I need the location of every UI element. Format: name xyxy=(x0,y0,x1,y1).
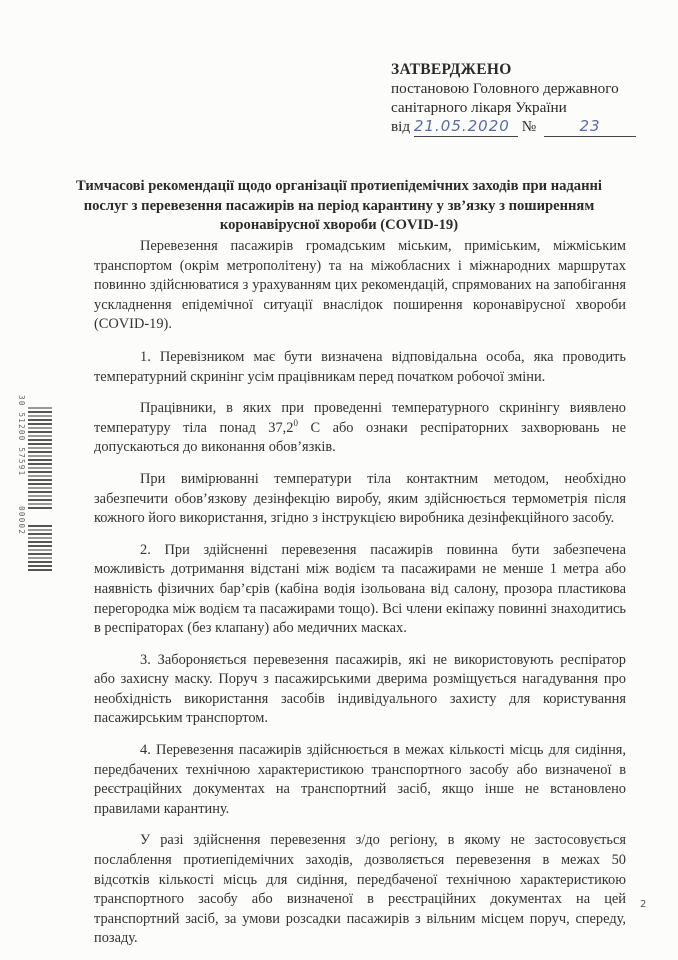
paragraph-2: 2. При здійсненні перевезення пасажирів … xyxy=(94,541,626,639)
approval-line-2: санітарного лікаря України xyxy=(391,98,671,117)
document-title: Тимчасові рекомендації щодо організації … xyxy=(70,177,608,236)
barcode-digits-bottom: 00002 xyxy=(17,506,26,535)
paragraph-3: 3. Забороняється перевезення пасажирів, … xyxy=(94,651,626,729)
paragraph-4: 4. Перевезення пасажирів здійснюється в … xyxy=(94,741,626,819)
barcode: 30 51200 57591 00002 xyxy=(16,395,52,610)
paragraph-1: 1. Перевізником має бути визначена відпо… xyxy=(94,348,626,387)
approval-number: 23 xyxy=(544,117,636,137)
paragraph-1b: Працівники, в яких при проведенні темпер… xyxy=(94,399,626,458)
paragraph-1c: При вимірюванні температури тіла контакт… xyxy=(94,470,626,529)
approval-heading: ЗАТВЕРДЖЕНО xyxy=(391,60,671,79)
barcode-digits-top: 30 51200 57591 xyxy=(17,395,26,476)
page-number: 2 xyxy=(640,899,646,910)
paragraph-intro: Перевезення пасажирів громадським міськи… xyxy=(94,237,626,335)
barcode-bars xyxy=(28,407,52,573)
approval-line-1: постановою Головного державного xyxy=(391,79,671,98)
approval-date: 21.05.2020 xyxy=(414,117,518,137)
paragraph-4b: У разі здійснення перевезення з/до регіо… xyxy=(94,831,626,949)
approval-date-line: від 21.05.2020 № 23 xyxy=(391,117,671,137)
document-body: Перевезення пасажирів громадським міськи… xyxy=(94,237,626,960)
date-prefix: від xyxy=(391,118,410,135)
barcode-digits: 30 51200 57591 00002 xyxy=(16,395,26,535)
approval-block: ЗАТВЕРДЖЕНО постановою Головного державн… xyxy=(391,60,671,137)
number-prefix: № xyxy=(522,118,537,135)
